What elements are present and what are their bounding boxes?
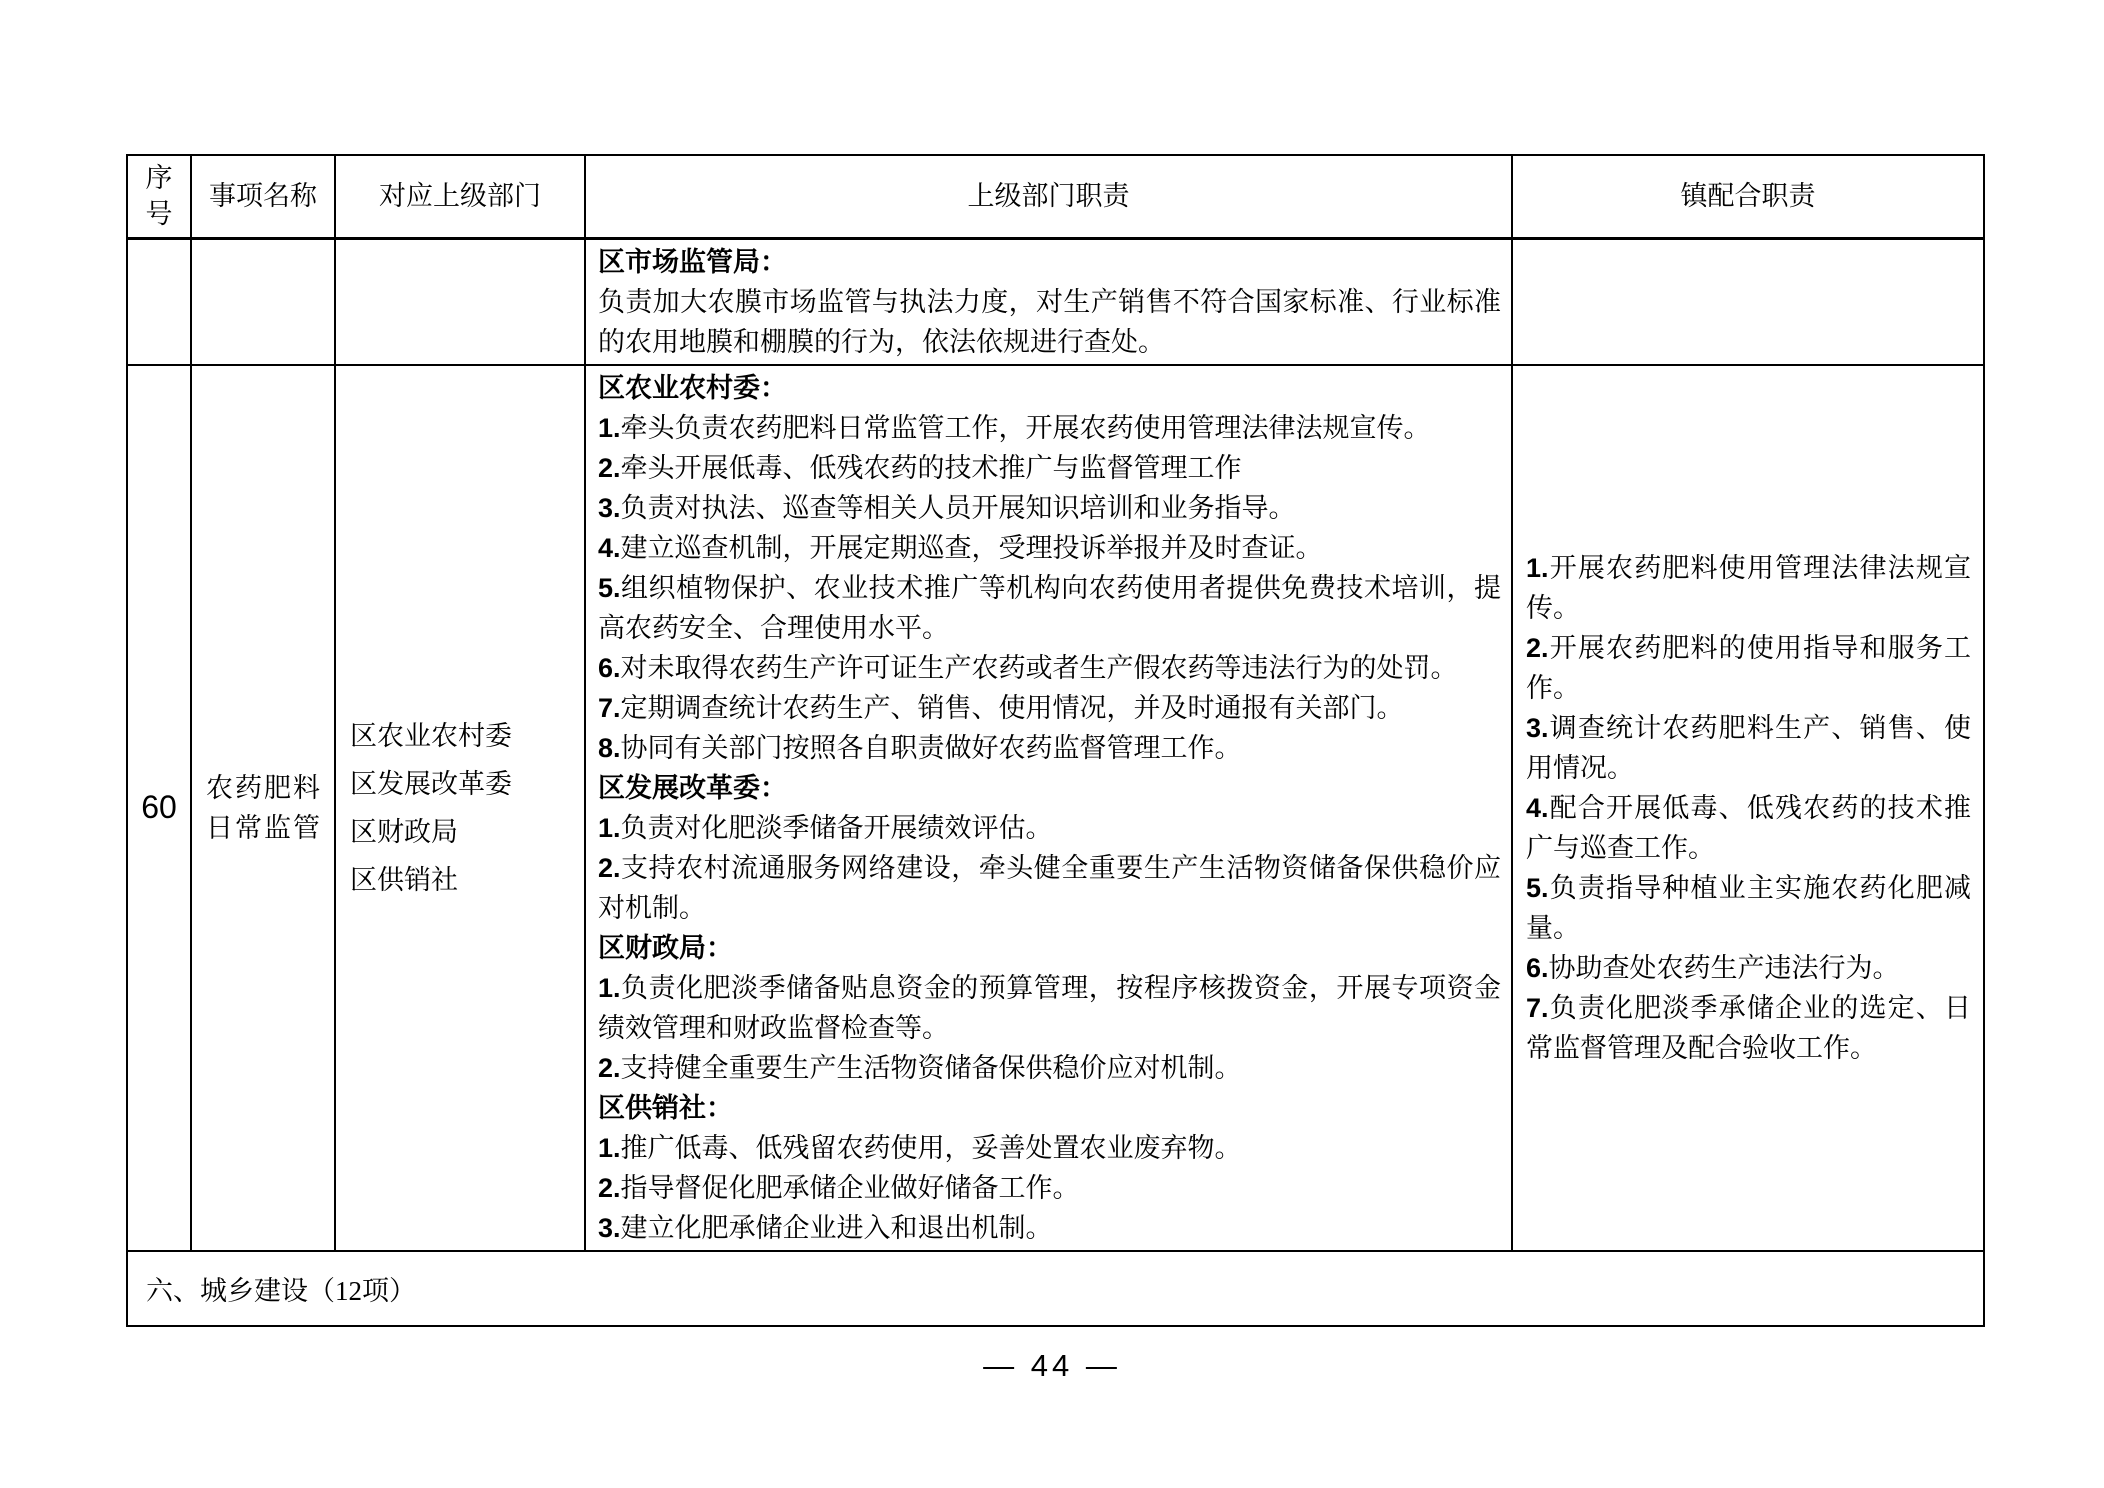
duty-item: 3.调查统计农药肥料生产、销售、使用情况。 (1526, 708, 1971, 788)
item-number: 6. (1526, 953, 1549, 983)
department-name: 区财政局 (350, 808, 584, 856)
duty-item: 3.建立化肥承储企业进入和退出机制。 (598, 1208, 1501, 1248)
duty-item: 1.推广低毒、低残留农药使用，妥善处置农业废弃物。 (598, 1128, 1501, 1168)
duty-item: 1.负责对化肥淡季储备开展绩效评估。 (598, 808, 1501, 848)
item-number: 7. (598, 693, 621, 723)
item-number: 2. (598, 1053, 621, 1083)
duty-item: 4.建立巡查机制，开展定期巡查，受理投诉举报并及时查证。 (598, 528, 1501, 568)
item-number: 3. (1526, 713, 1549, 743)
duty-item: 2.支持健全重要生产生活物资储备保供稳价应对机制。 (598, 1048, 1501, 1088)
header-superior-dept: 对应上级部门 (335, 155, 585, 238)
cell-empty-seq (127, 238, 191, 365)
department-name: 区农业农村委 (350, 712, 584, 760)
cell-superior-duties-continuation: 区市场监管局：负责加大农膜市场监管与执法力度，对生产销售不符合国家标准、行业标准… (585, 238, 1512, 365)
item-number: 4. (598, 533, 621, 563)
item-number: 4. (1526, 793, 1549, 823)
duty-item: 7.负责化肥淡季承储企业的选定、日常监督管理及配合验收工作。 (1526, 988, 1971, 1068)
item-number: 1. (598, 413, 621, 443)
department-title: 区市场监管局： (598, 242, 1501, 282)
section-label: 六、城乡建设（12项） (127, 1251, 1984, 1326)
item-number: 1. (1526, 553, 1549, 583)
duty-item: 4.配合开展低毒、低残农药的技术推广与巡查工作。 (1526, 788, 1971, 868)
cell-seq-number: 60 (127, 365, 191, 1251)
cell-superior-duties: 区农业农村委：1.牵头负责农药肥料日常监管工作，开展农药使用管理法律法规宣传。2… (585, 365, 1512, 1251)
cell-empty-item-name (191, 238, 335, 365)
item-number: 5. (598, 573, 621, 603)
header-town-duties: 镇配合职责 (1512, 155, 1984, 238)
item-number: 3. (598, 493, 621, 523)
duties-table: 序 号 事项名称 对应上级部门 上级部门职责 镇配合职责 区市场监管局：负责加大… (126, 154, 1985, 1327)
duty-item: 2.开展农药肥料的使用指导和服务工作。 (1526, 628, 1971, 708)
header-superior-duties: 上级部门职责 (585, 155, 1512, 238)
cell-empty-dept (335, 238, 585, 365)
department-title: 区发展改革委： (598, 768, 1501, 808)
item-number: 1. (598, 1133, 621, 1163)
table-row-previous-item-continuation: 区市场监管局：负责加大农膜市场监管与执法力度，对生产销售不符合国家标准、行业标准… (127, 238, 1984, 365)
item-name-text: 农药肥料 日常监管 (206, 768, 320, 848)
cell-empty-town (1512, 238, 1984, 365)
table-row-item-60: 60 农药肥料 日常监管 区农业农村委区发展改革委区财政局区供销社 区农业农村委… (127, 365, 1984, 1251)
item-number: 6. (598, 653, 621, 683)
cell-town-duties: 1.开展农药肥料使用管理法律法规宣传。2.开展农药肥料的使用指导和服务工作。3.… (1512, 365, 1984, 1251)
duty-item: 1.开展农药肥料使用管理法律法规宣传。 (1526, 548, 1971, 628)
cell-item-name: 农药肥料 日常监管 (191, 365, 335, 1251)
item-number: 2. (1526, 633, 1549, 663)
item-number: 1. (598, 973, 621, 1003)
duty-item: 3.负责对执法、巡查等相关人员开展知识培训和业务指导。 (598, 488, 1501, 528)
duty-item: 1.负责化肥淡季储备贴息资金的预算管理，按程序核拨资金，开展专项资金绩效管理和财… (598, 968, 1501, 1048)
duty-item: 7.定期调查统计农药生产、销售、使用情况，并及时通报有关部门。 (598, 688, 1501, 728)
item-number: 8. (598, 733, 621, 763)
item-number: 2. (598, 453, 621, 483)
duty-item: 1.牵头负责农药肥料日常监管工作，开展农药使用管理法律法规宣传。 (598, 408, 1501, 448)
department-title: 区财政局： (598, 928, 1501, 968)
duty-item: 2.指导督促化肥承储企业做好储备工作。 (598, 1168, 1501, 1208)
department-name: 区发展改革委 (350, 760, 584, 808)
item-number: 2. (598, 853, 621, 883)
duty-item: 5.组织植物保护、农业技术推广等机构向农药使用者提供免费技术培训，提高农药安全、… (598, 568, 1501, 648)
department-name: 区供销社 (350, 856, 584, 904)
header-seq: 序 号 (127, 155, 191, 238)
duty-item: 5.负责指导种植业主实施农药化肥减量。 (1526, 868, 1971, 948)
duty-item: 6.协助查处农药生产违法行为。 (1526, 948, 1971, 988)
document-page: 序 号 事项名称 对应上级部门 上级部门职责 镇配合职责 区市场监管局：负责加大… (0, 0, 2104, 1488)
department-title: 区供销社： (598, 1088, 1501, 1128)
header-row: 序 号 事项名称 对应上级部门 上级部门职责 镇配合职责 (127, 155, 1984, 238)
town-duties-list: 1.开展农药肥料使用管理法律法规宣传。2.开展农药肥料的使用指导和服务工作。3.… (1526, 548, 1971, 1068)
item-number: 3. (598, 1213, 621, 1243)
duty-item: 6.对未取得农药生产许可证生产农药或者生产假农药等违法行为的处罚。 (598, 648, 1501, 688)
duty-item: 2.牵头开展低毒、低残农药的技术推广与监督管理工作 (598, 448, 1501, 488)
item-number: 5. (1526, 873, 1549, 903)
duty-item: 2.支持农村流通服务网络建设，牵头健全重要生产生活物资储备保供稳价应对机制。 (598, 848, 1501, 928)
item-number: 1. (598, 813, 621, 843)
page-number: — 44 — (0, 1348, 2104, 1384)
cell-superior-departments: 区农业农村委区发展改革委区财政局区供销社 (335, 365, 585, 1251)
table-row-section-header: 六、城乡建设（12项） (127, 1251, 1984, 1326)
item-number: 7. (1526, 993, 1549, 1023)
item-number: 2. (598, 1173, 621, 1203)
duty-item: 负责加大农膜市场监管与执法力度，对生产销售不符合国家标准、行业标准的农用地膜和棚… (598, 282, 1501, 362)
department-title: 区农业农村委： (598, 368, 1501, 408)
duty-item: 8.协同有关部门按照各自职责做好农药监督管理工作。 (598, 728, 1501, 768)
header-item-name: 事项名称 (191, 155, 335, 238)
